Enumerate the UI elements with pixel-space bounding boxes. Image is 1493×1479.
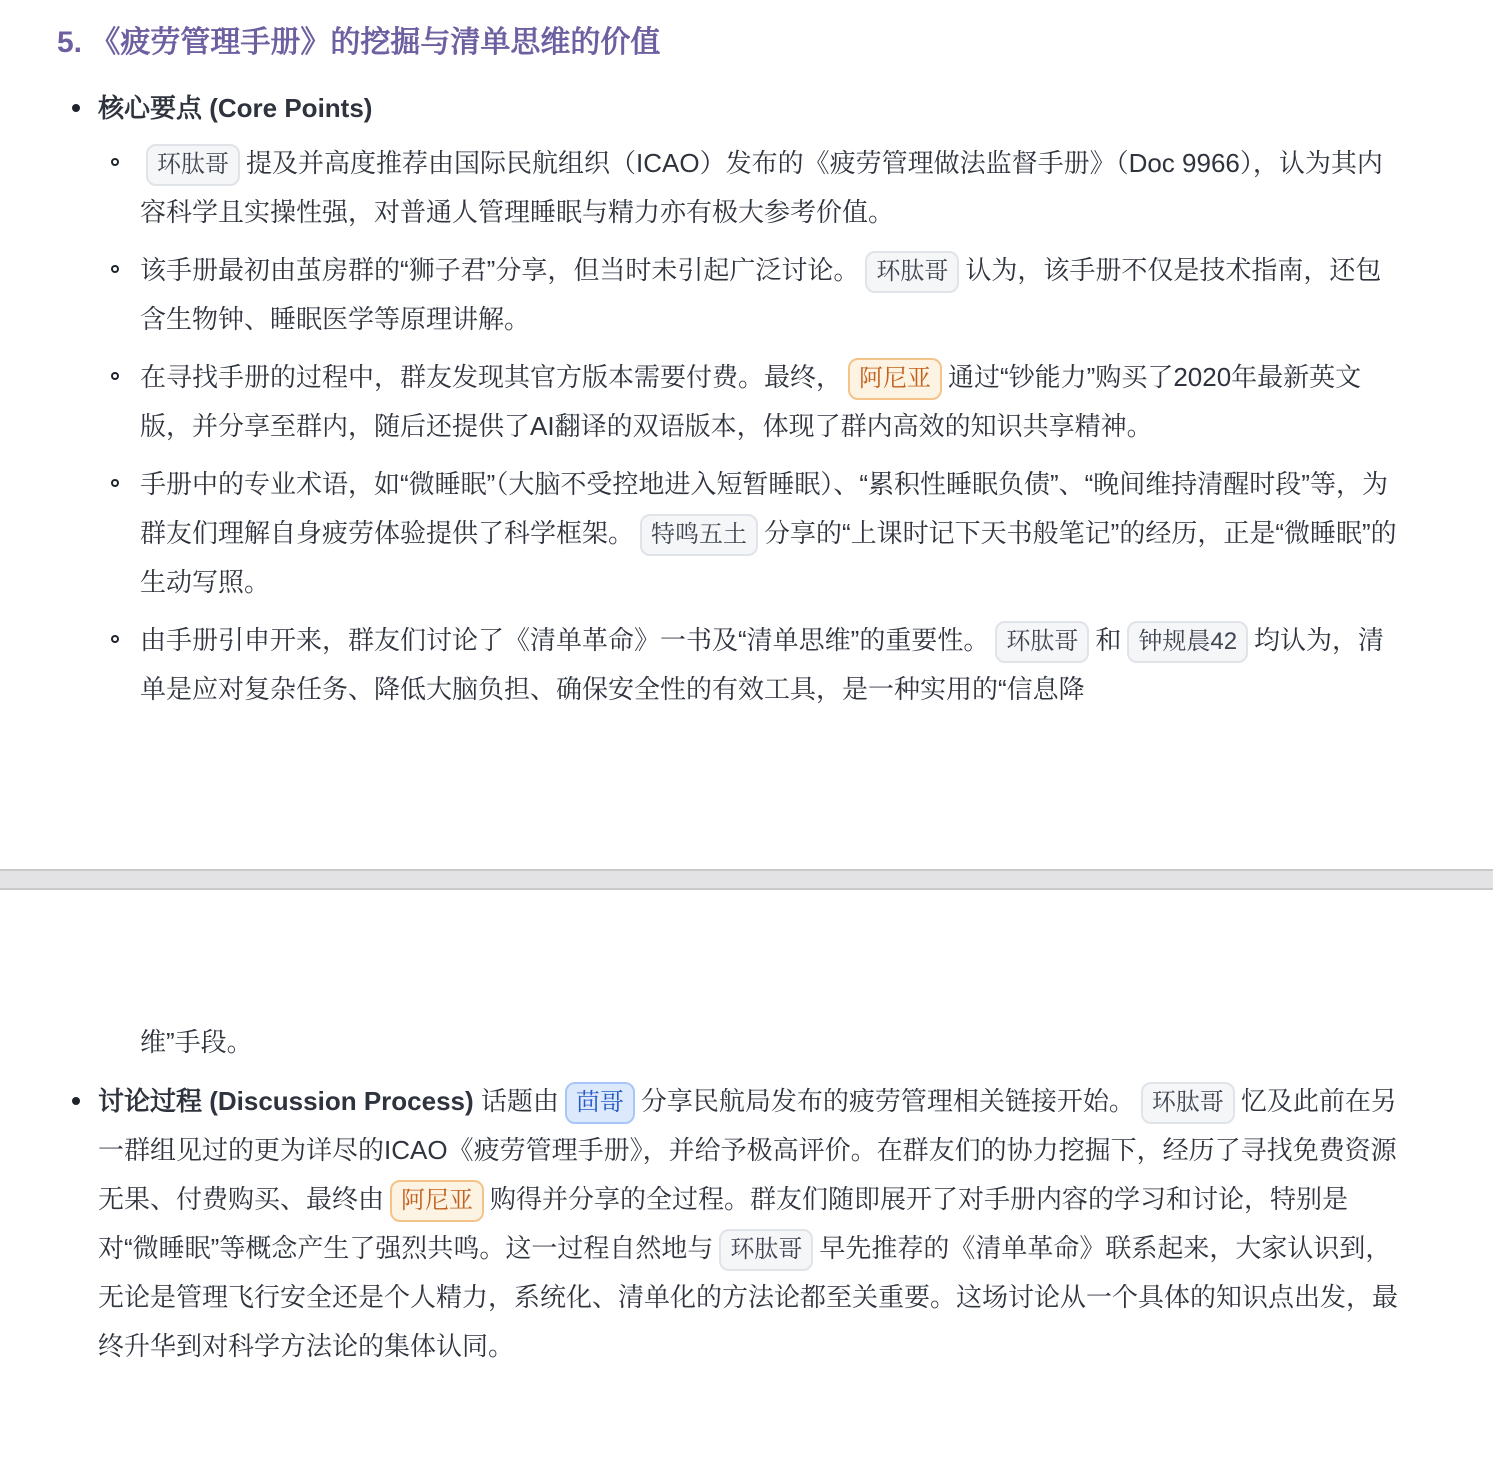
bullet-circle-icon xyxy=(111,265,119,273)
core-points-sublist: 环肽哥提及并高度推荐由国际民航组织（ICAO）发布的《疲劳管理做法监督手册》（D… xyxy=(57,139,1405,714)
mention-tag[interactable]: 阿尼亚 xyxy=(848,358,942,400)
mention-tag[interactable]: 环肽哥 xyxy=(719,1229,813,1271)
mention-tag[interactable]: 阿尼亚 xyxy=(390,1180,484,1222)
document-page-1: 5. 《疲劳管理手册》的挖掘与清单思维的价值 核心要点 (Core Points… xyxy=(0,0,1493,869)
mention-tag[interactable]: 环肽哥 xyxy=(865,251,959,293)
text-segment: 在寻找手册的过程中，群友发现其官方版本需要付费。最终， xyxy=(140,362,842,392)
list-item: 环肽哥提及并高度推荐由国际民航组织（ICAO）发布的《疲劳管理做法监督手册》（D… xyxy=(57,139,1405,237)
bullet-circle-icon xyxy=(111,635,119,643)
list-item-text: 该手册最初由茧房群的“狮子君”分享，但当时未引起广泛讨论。环肽哥认为，该手册不仅… xyxy=(140,246,1405,344)
core-points-item: 核心要点 (Core Points) xyxy=(57,84,1405,133)
mention-tag[interactable]: 环肽哥 xyxy=(995,621,1089,663)
mention-tag[interactable]: 环肽哥 xyxy=(1141,1082,1235,1124)
bullet-circle-icon xyxy=(111,372,119,380)
text-segment: 由手册引申开来，群友们讨论了《清单革命》一书及“清单思维”的重要性。 xyxy=(140,625,989,655)
list-item: 手册中的专业术语，如“微睡眠”（大脑不受控地进入短暂睡眠）、“累积性睡眠负债”、… xyxy=(57,460,1405,607)
text-segment: 该手册最初由茧房群的“狮子君”分享，但当时未引起广泛讨论。 xyxy=(140,255,859,285)
mention-tag[interactable]: 钟规晨42 xyxy=(1127,621,1248,663)
bullet-circle-icon xyxy=(111,479,119,487)
list-item-text: 手册中的专业术语，如“微睡眠”（大脑不受控地进入短暂睡眠）、“累积性睡眠负债”、… xyxy=(140,460,1405,607)
list-item: 该手册最初由茧房群的“狮子君”分享，但当时未引起广泛讨论。环肽哥认为，该手册不仅… xyxy=(57,246,1405,344)
discussion-process-item: 讨论过程 (Discussion Process) 话题由茴哥分享民航局发布的疲… xyxy=(57,1077,1405,1371)
split-paragraph-continuation: 维”手段。 xyxy=(57,1018,1405,1067)
section-heading: 5. 《疲劳管理手册》的挖掘与清单思维的价值 xyxy=(57,22,1405,64)
mention-tag[interactable]: 茴哥 xyxy=(565,1082,635,1124)
list-item: 由手册引申开来，群友们讨论了《清单革命》一书及“清单思维”的重要性。环肽哥和钟规… xyxy=(57,616,1405,714)
mention-tag[interactable]: 环肽哥 xyxy=(146,144,240,186)
discussion-process-text: 讨论过程 (Discussion Process) 话题由茴哥分享民航局发布的疲… xyxy=(98,1077,1405,1371)
list-item-text: 由手册引申开来，群友们讨论了《清单革命》一书及“清单思维”的重要性。环肽哥和钟规… xyxy=(140,616,1405,714)
list-item-text: 在寻找手册的过程中，群友发现其官方版本需要付费。最终，阿尼亚通过“钞能力”购买了… xyxy=(140,353,1405,451)
text-segment: 话题由 xyxy=(474,1086,559,1116)
text-segment: 提及并高度推荐由国际民航组织（ICAO）发布的《疲劳管理做法监督手册》（Doc … xyxy=(140,148,1383,227)
mention-tag[interactable]: 特鸣五土 xyxy=(640,514,758,556)
list-item: 在寻找手册的过程中，群友发现其官方版本需要付费。最终，阿尼亚通过“钞能力”购买了… xyxy=(57,353,1405,451)
text-segment: 和 xyxy=(1095,625,1121,655)
list-item-text: 环肽哥提及并高度推荐由国际民航组织（ICAO）发布的《疲劳管理做法监督手册》（D… xyxy=(140,139,1405,237)
text-segment: 分享民航局发布的疲劳管理相关链接开始。 xyxy=(641,1086,1135,1116)
bullet-dot-icon xyxy=(72,104,80,112)
bullet-dot-icon xyxy=(72,1097,80,1105)
page-break-band xyxy=(0,869,1493,890)
bullet-circle-icon xyxy=(111,158,119,166)
document-page-2: 维”手段。 讨论过程 (Discussion Process) 话题由茴哥分享民… xyxy=(0,890,1493,1397)
bold-label: 讨论过程 (Discussion Process) xyxy=(98,1086,474,1116)
core-points-label: 核心要点 (Core Points) xyxy=(98,93,372,123)
